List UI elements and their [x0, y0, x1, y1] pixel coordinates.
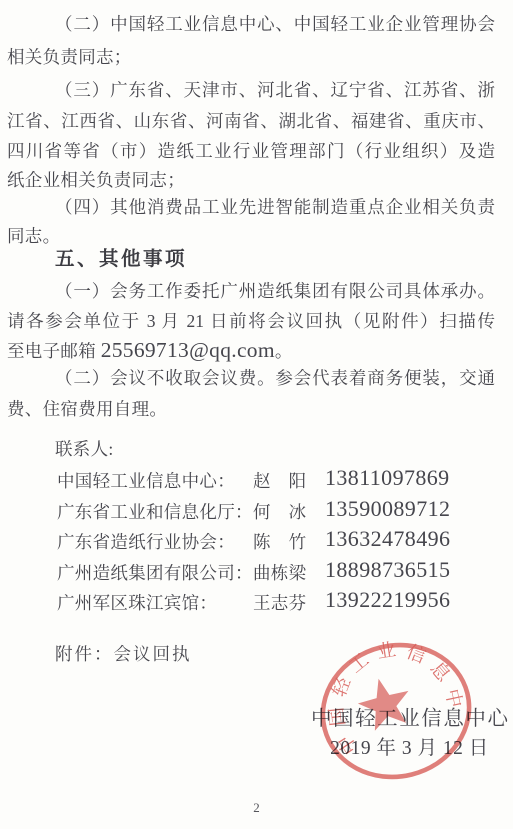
- para-logistics-2-line-2: 费、住宿费用自理。: [7, 399, 167, 420]
- contact-phone: 18898736515: [325, 557, 450, 583]
- page-number: 2: [0, 800, 513, 816]
- seal-star-icon: [353, 672, 416, 733]
- contact-row: 中国轻工业信息中心： 赵 阳 13811097869: [57, 468, 513, 494]
- document-page: （二）中国轻工业信息中心、中国轻工业企业管理协会 相关负责同志； （三）广东省、…: [0, 0, 513, 829]
- contact-org: 广东省造纸行业协会：: [57, 532, 235, 552]
- email-line-suffix: 。: [275, 341, 293, 361]
- para-attendees-3-line-4: 纸企业相关负责同志；: [7, 170, 185, 191]
- para-attendees-2-line-2: 相关负责同志；: [7, 47, 132, 68]
- contact-phone: 13922219956: [325, 587, 450, 613]
- contact-name: 何 冰: [253, 499, 306, 524]
- contact-phone: 13811097869: [325, 465, 450, 491]
- contact-row: 广州造纸集团有限公司： 曲栋梁 18898736515: [57, 560, 513, 586]
- contact-phone: 13632478496: [325, 526, 450, 552]
- para-attendees-3-line-3: 四川省等省（市）造纸工业行业管理部门（行业组织）及造: [7, 141, 495, 162]
- contact-row: 广东省工业和信息化厅： 何 冰 13590089712: [57, 499, 513, 525]
- contact-row: 广东省造纸行业协会： 陈 竹 13632478496: [57, 529, 513, 555]
- para-attendees-2-line-1: （二）中国轻工业信息中心、中国轻工业企业管理协会: [55, 14, 495, 35]
- para-attendees-4-line-1: （四）其他消费品工业先进智能制造重点企业相关负责: [55, 197, 495, 218]
- para-attendees-4-line-2: 同志。: [7, 226, 60, 247]
- attachment-note: 附件：会议回执: [55, 644, 192, 665]
- contact-name: 陈 竹: [253, 529, 306, 554]
- contact-name: 王志芬: [253, 590, 306, 615]
- contact-name: 赵 阳: [253, 468, 306, 493]
- contact-org: 广州军区珠江宾馆：: [57, 593, 217, 613]
- para-logistics-1-line-2: 请各参会单位于 3 月 21 日前将会议回执（见附件）扫描传: [7, 311, 495, 332]
- para-logistics-1-line-1: （一）会务工作委托广州造纸集团有限公司具体承办。: [55, 281, 495, 302]
- para-logistics-1-line-3: 至电子邮箱 25569713@qq.com。: [7, 340, 293, 362]
- para-logistics-2-line-1: （二）会议不收取会议费。参会代表着商务便装，交通: [55, 368, 495, 389]
- contact-name: 曲栋梁: [253, 560, 306, 585]
- contacts-label: 联系人:: [55, 439, 114, 460]
- section-heading-other-matters: 五、其他事项: [55, 249, 187, 270]
- contact-phone: 13590089712: [325, 496, 450, 522]
- contact-org: 广东省工业和信息化厅：: [57, 502, 253, 522]
- contact-row: 广州军区珠江宾馆： 王志芬 13922219956: [57, 590, 513, 616]
- email-line-prefix: 至电子邮箱: [7, 341, 101, 361]
- contact-org: 广州造纸集团有限公司：: [57, 563, 253, 583]
- official-seal: 中国轻工业信息中心: [300, 623, 492, 800]
- para-attendees-3-line-2: 江省、江西省、山东省、河南省、湖北省、福建省、重庆市、: [7, 111, 495, 132]
- para-attendees-3-line-1: （三）广东省、天津市、河北省、辽宁省、江苏省、浙: [55, 80, 495, 101]
- contact-org: 中国轻工业信息中心：: [57, 471, 235, 491]
- email-address: 25569713@qq.com: [101, 338, 275, 362]
